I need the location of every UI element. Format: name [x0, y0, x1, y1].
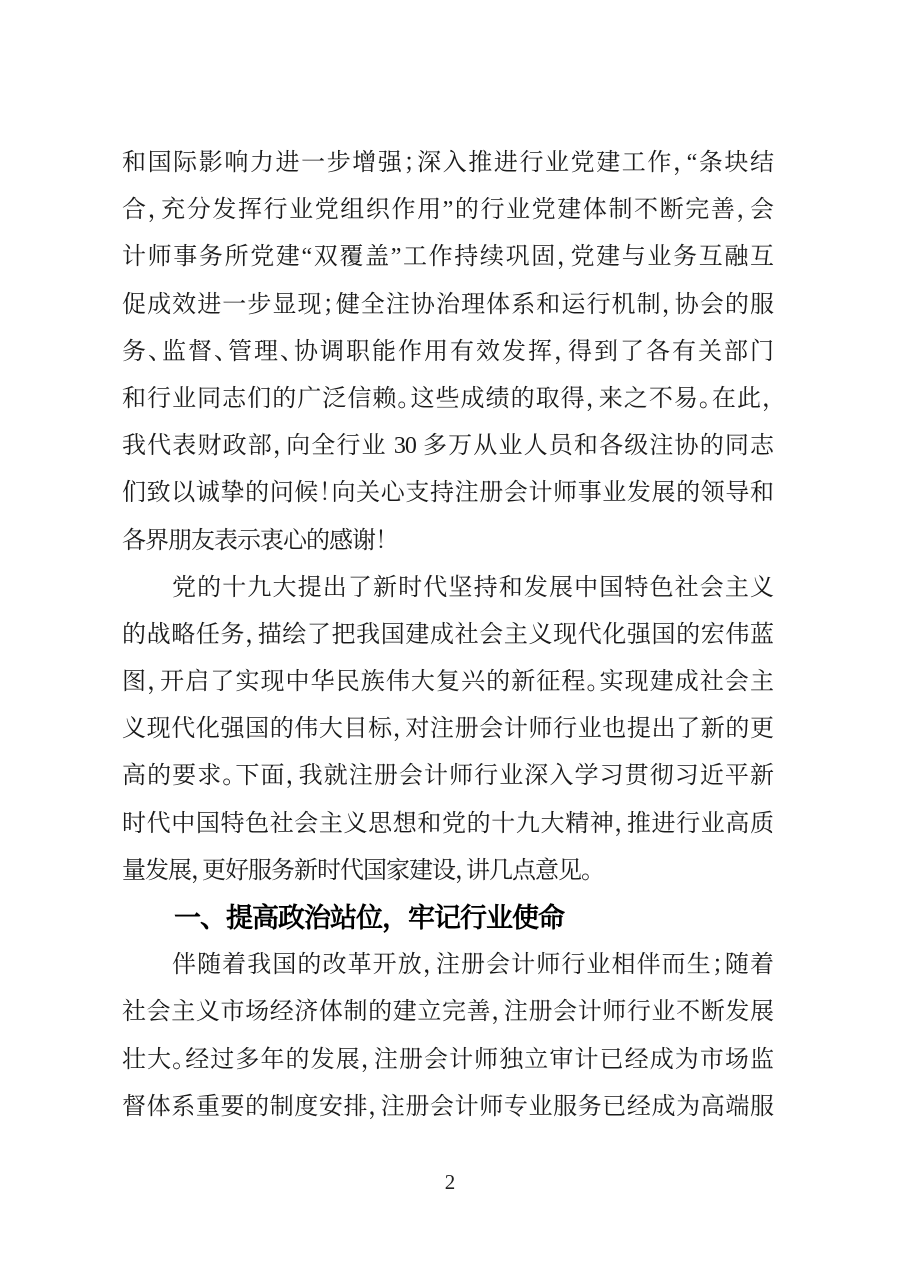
text-line: 党的十九大提出了新时代坚持和发展中国特色社会主义	[122, 565, 773, 612]
text-line: 社会主义市场经济体制的建立完善，注册会计师行业不断发展	[122, 989, 773, 1036]
text-line: 壮大。经过多年的发展，注册会计师独立审计已经成为市场监	[122, 1037, 773, 1084]
page-number: 2	[445, 1170, 456, 1194]
text-line: 高的要求。下面，我就注册会计师行业深入学习贯彻习近平新	[122, 753, 773, 800]
text-line: 和国际影响力进一步增强；深入推进行业党建工作，“条块结	[122, 140, 773, 187]
text-line: 合，充分发挥行业党组织作用”的行业党建体制不断完善，会	[122, 187, 773, 234]
document-page: 和国际影响力进一步增强；深入推进行业党建工作，“条块结 合，充分发挥行业党组织作…	[0, 0, 900, 1273]
text-line: 督体系重要的制度安排，注册会计师专业服务已经成为高端服	[122, 1084, 773, 1131]
document-body: 和国际影响力进一步增强；深入推进行业党建工作，“条块结 合，充分发挥行业党组织作…	[122, 140, 773, 1131]
text-line: 的战略任务，描绘了把我国建成社会主义现代化强国的宏伟蓝	[122, 612, 773, 659]
text-line: 各界朋友表示衷心的感谢！	[122, 518, 773, 565]
text-line: 图，开启了实现中华民族伟大复兴的新征程。实现建成社会主	[122, 659, 773, 706]
page-footer: 2	[0, 1170, 900, 1195]
text-line: 促成效进一步显现；健全注协治理体系和运行机制，协会的服	[122, 282, 773, 329]
text-line: 计师事务所党建“双覆盖”工作持续巩固，党建与业务互融互	[122, 234, 773, 281]
section-heading: 一、提高政治站位，牢记行业使命	[122, 895, 773, 942]
text-line: 们致以诚挚的问候！向关心支持注册会计师事业发展的领导和	[122, 470, 773, 517]
text-line: 我代表财政部，向全行业 30 多万从业人员和各级注协的同志	[122, 423, 773, 470]
text-line: 义现代化强国的伟大目标，对注册会计师行业也提出了新的更	[122, 706, 773, 753]
text-line: 时代中国特色社会主义思想和党的十九大精神，推进行业高质	[122, 801, 773, 848]
text-line: 和行业同志们的广泛信赖。这些成绩的取得，来之不易。在此，	[122, 376, 773, 423]
text-line: 伴随着我国的改革开放，注册会计师行业相伴而生；随着	[122, 942, 773, 989]
text-line: 务、监督、管理、协调职能作用有效发挥，得到了各有关部门	[122, 329, 773, 376]
text-line: 量发展，更好服务新时代国家建设，讲几点意见。	[122, 848, 773, 895]
